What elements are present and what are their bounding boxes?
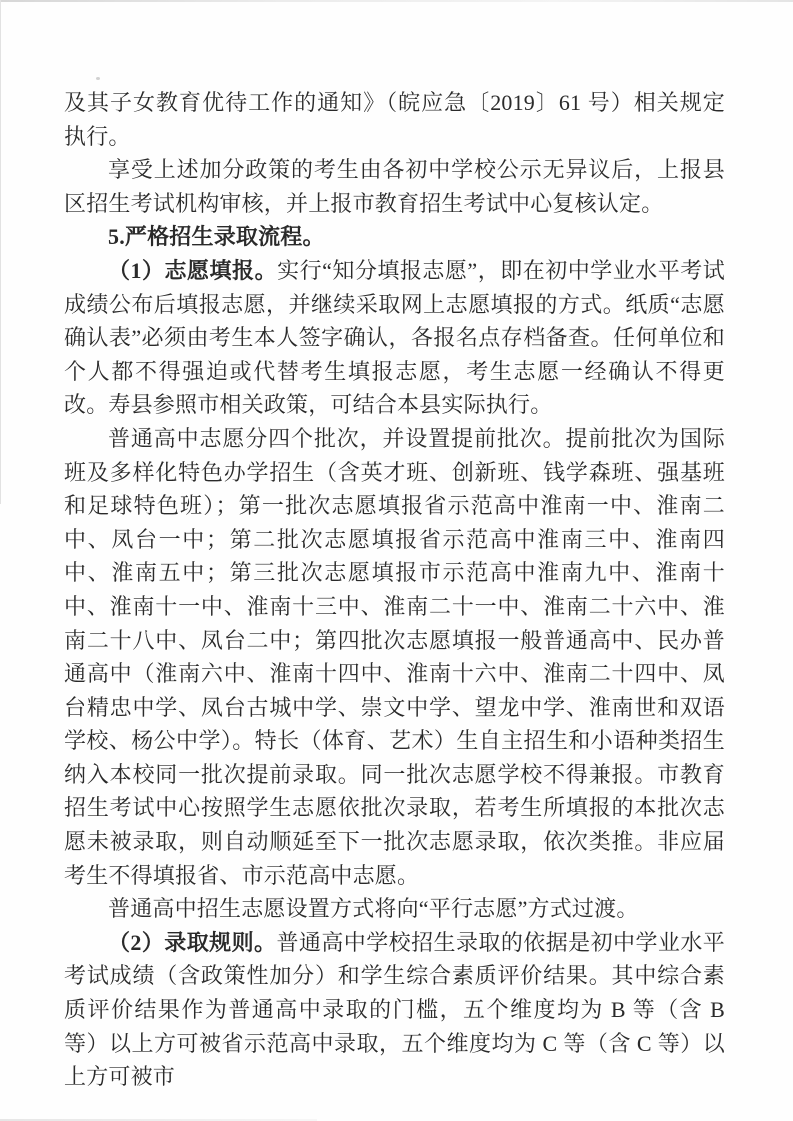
scanned-document-page: 及其子女教育优待工作的通知》（皖应急〔2019〕61 号）相关规定执行。 享受上… xyxy=(0,0,793,1121)
heading-text: 5.严格招生录取流程。 xyxy=(108,224,325,249)
paragraph-batches-description: 普通高中志愿分四个批次，并设置提前批次。提前批次为国际班及多样化特色办学招生（含… xyxy=(64,422,725,892)
paragraph-text: 普通高中志愿分四个批次，并设置提前批次。提前批次为国际班及多样化特色办学招生（含… xyxy=(64,426,725,888)
paragraph-continuation-notice-reference: 及其子女教育优待工作的通知》（皖应急〔2019〕61 号）相关规定执行。 xyxy=(64,86,725,153)
document-body: 及其子女教育优待工作的通知》（皖应急〔2019〕61 号）相关规定执行。 享受上… xyxy=(64,86,725,1094)
paragraph-parallel-volunteer-transition: 普通高中招生志愿设置方式将向“平行志愿”方式过渡。 xyxy=(64,892,725,926)
scan-edge-top-artifact xyxy=(0,0,793,2)
paragraph-1-volunteer-filling: （1）志愿填报。实行“知分填报志愿”，即在初中学业水平考试成绩公布后填报志愿，并… xyxy=(64,254,725,422)
paragraph-lead-bold: （2）录取规则。 xyxy=(108,930,277,955)
paragraph-text: 享受上述加分政策的考生由各初中学校公示无异议后，上报县区招生考试机构审核，并上报… xyxy=(64,157,725,216)
paragraph-lead-bold: （1）志愿填报。 xyxy=(108,258,277,283)
paragraph-text: 及其子女教育优待工作的通知》（皖应急〔2019〕61 号）相关规定执行。 xyxy=(64,90,725,149)
paragraph-text: 普通高中招生志愿设置方式将向“平行志愿”方式过渡。 xyxy=(108,896,639,921)
section-heading-5-enrollment-process: 5.严格招生录取流程。 xyxy=(64,220,725,254)
scan-speck-artifact xyxy=(96,77,100,80)
paragraph-bonus-policy-review: 享受上述加分政策的考生由各初中学校公示无异议后，上报县区招生考试机构审核，并上报… xyxy=(64,153,725,220)
paragraph-2-admission-rules: （2）录取规则。普通高中学校招生录取的依据是初中学业水平考试成绩（含政策性加分）… xyxy=(64,926,725,1094)
scan-edge-left-artifact xyxy=(0,0,1,504)
